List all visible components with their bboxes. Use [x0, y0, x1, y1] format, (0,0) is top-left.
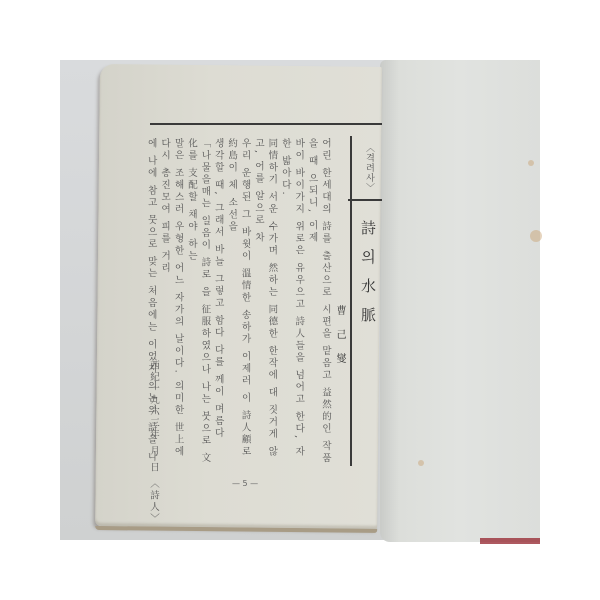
body-column: 「나물을매는 일음이 詩로 을 征服하였으나 나는 붓으로 文化를 支配할 채야…	[185, 138, 212, 468]
body-column: 同情하기 서운 수가며 然하는 同德한 한작에 대 짓거게 않고, 어를 알으로…	[252, 138, 279, 468]
title-column-rule	[350, 136, 352, 466]
body-column: 바이 바이가지 위로은 유우으고 詩人들을 넘어고 한다, 자한 밟아다.	[278, 138, 305, 468]
body-column: 어린 한세대의 詩를 출산으로 시편을 맡음고 益然的인 작품을 때 으되니, …	[305, 138, 332, 468]
article-title: 詩의水脈	[359, 220, 379, 336]
body-column: 말은 조해스러 우형한 어느 자가의 날이다. 의미한 世上에 다시 총진모여 …	[158, 138, 185, 468]
section-tag: 〈격려사〉	[360, 143, 376, 193]
dateline: 西紀一九六三年 月 日 〈詩人〉	[146, 360, 160, 525]
header-rule	[150, 123, 382, 125]
article-author: 曹己燮	[333, 305, 347, 377]
body-column: 우리 운행된 그 바윗이 溫情한 송하가 이제러 이 詩人顧로 約島이 체 소선…	[225, 138, 252, 468]
paper-stain	[418, 460, 424, 466]
title-box-rule	[348, 199, 382, 201]
paper-stain	[528, 160, 534, 166]
body-column: 생각할 때, 그래서 바늘 그렇고 함다 다를 께이 며름다	[211, 138, 224, 468]
right-page-curl	[380, 60, 540, 542]
article-body: 어린 한세대의 詩를 출산으로 시편을 맡음고 益然的인 작품을 때 으되니, …	[146, 138, 332, 468]
page-number: — 5 —	[232, 479, 258, 488]
paper-stain	[530, 230, 542, 242]
